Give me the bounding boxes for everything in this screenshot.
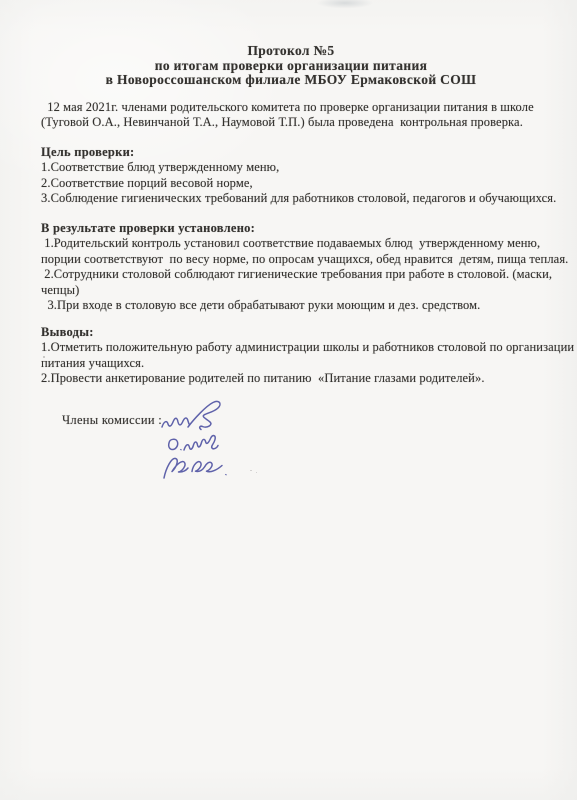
handwritten-signatures bbox=[148, 394, 244, 486]
section-conclusions: Выводы: 1.Отметить положительную работу … bbox=[41, 325, 577, 387]
intro-paragraph: 12 мая 2021г. членами родительского коми… bbox=[41, 100, 577, 131]
document-content: Протокол №5 по итогам проверки организац… bbox=[41, 0, 577, 428]
section-results-heading: В результате проверки установлено: bbox=[41, 221, 577, 237]
title-line-3: в Новороссошанском филиале МБОУ Ермаковс… bbox=[41, 73, 541, 88]
signature-1 bbox=[162, 401, 220, 429]
signature-2 bbox=[169, 436, 218, 450]
section-goal-heading: Цель проверки: bbox=[41, 145, 577, 161]
signature-3 bbox=[164, 458, 226, 478]
section-conclusions-heading: Выводы: bbox=[41, 325, 577, 341]
section-goal-item-2: 2.Соответствие порций весовой норме, bbox=[41, 176, 577, 192]
title-line-2: по итогам проверки организации питания bbox=[41, 59, 541, 74]
section-conclusions-item-1: 1.Отметить положительную работу админист… bbox=[41, 340, 577, 371]
title-line-1: Протокол №5 bbox=[41, 44, 541, 59]
section-goal-item-1: 1.Соответствие блюд утвержденному меню, bbox=[41, 160, 577, 176]
section-goal-item-3: 3.Соблюдение гигиенических требований дл… bbox=[41, 191, 577, 207]
section-conclusions-item-2: 2.Провести анкетирование родителей по пи… bbox=[41, 371, 577, 387]
scanned-protocol-page: Протокол №5 по итогам проверки организац… bbox=[0, 0, 577, 800]
section-results-item-3: 3.При входе в столовую все дети обрабаты… bbox=[41, 298, 577, 314]
section-goal: Цель проверки: 1.Соответствие блюд утвер… bbox=[41, 145, 577, 207]
section-results-item-1: 1.Родительский контроль установил соотве… bbox=[41, 236, 577, 267]
scan-speck bbox=[256, 472, 257, 473]
commission-members-label: Члены комиссии : bbox=[62, 413, 577, 429]
section-results: В результате проверки установлено: 1.Род… bbox=[41, 221, 577, 314]
scan-speck bbox=[250, 470, 252, 471]
scan-speck bbox=[43, 356, 45, 358]
document-title: Протокол №5 по итогам проверки организац… bbox=[41, 44, 541, 88]
section-results-item-2: 2.Сотрудники столовой соблюдают гигиенич… bbox=[41, 267, 577, 298]
